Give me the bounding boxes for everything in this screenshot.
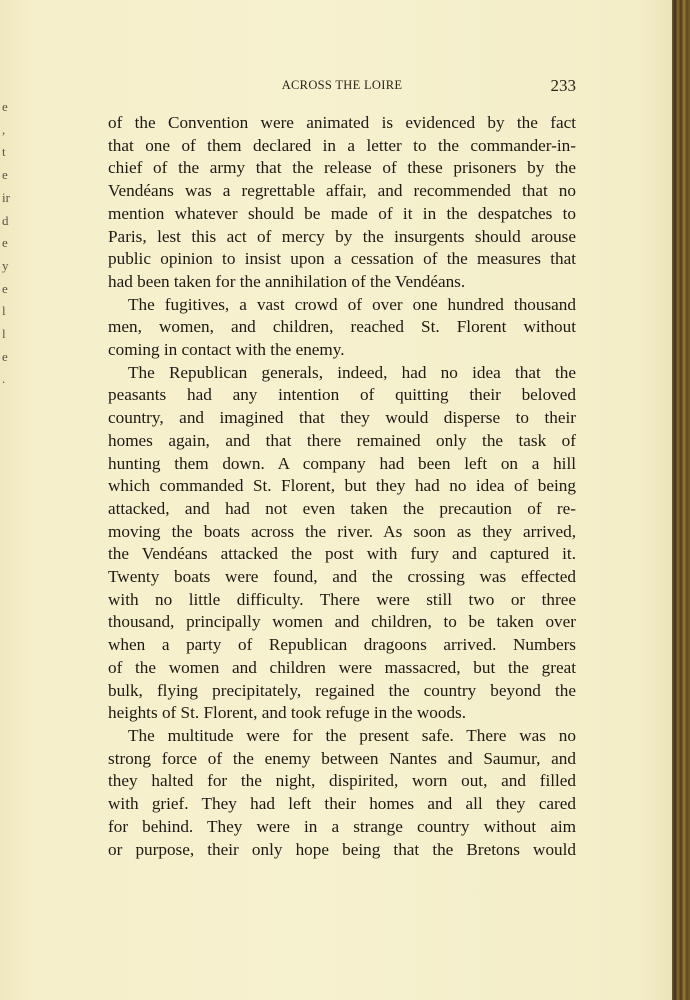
facing-page-margin-text: e,teirdeyelle. [2,96,14,391]
margin-char: e [2,278,14,301]
text-line: homes again, and that there remained onl… [108,430,576,453]
margin-char: l [2,323,14,346]
text-line: country, and imagined that they would di… [108,407,576,430]
running-title: ACROSS THE LOIRE [108,78,576,93]
text-line: peasants had any intention of quitting t… [108,384,576,407]
text-line: they halted for the night, dispirited, w… [108,770,576,793]
text-line: that one of them declared in a letter to… [108,135,576,158]
text-line: The multitude were for the present safe.… [108,725,576,748]
text-line: heights of St. Florent, and took refuge … [108,702,576,725]
page-header: ACROSS THE LOIRE 233 [108,76,576,98]
text-line: the Vendéans attacked the post with fury… [108,543,576,566]
text-line: with no little difficulty. There were st… [108,589,576,612]
book-page: e,teirdeyelle. ACROSS THE LOIRE 233 of t… [0,0,672,1000]
text-line: strong force of the enemy between Nantes… [108,748,576,771]
margin-char: e [2,164,14,187]
margin-char: ir [2,187,14,210]
text-line: had been taken for the annihilation of t… [108,271,576,294]
body-text: of the Convention were animated is evide… [108,112,576,861]
text-line: attacked, and had not even taken the pre… [108,498,576,521]
margin-char: e [2,232,14,255]
text-line: Twenty boats were found, and the crossin… [108,566,576,589]
text-line: for behind. They were in a strange count… [108,816,576,839]
text-line: The fugitives, a vast crowd of over one … [108,294,576,317]
text-line: Vendéans was a regrettable affair, and r… [108,180,576,203]
text-line: or purpose, their only hope being that t… [108,839,576,862]
text-line: of the Convention were animated is evide… [108,112,576,135]
text-line: bulk, flying precipitately, regained the… [108,680,576,703]
margin-char: , [2,119,14,142]
text-line: chief of the army that the release of th… [108,157,576,180]
margin-char: e [2,346,14,369]
text-line: The Republican generals, indeed, had no … [108,362,576,385]
text-line: mention whatever should be made of it in… [108,203,576,226]
text-line: with grief. They had left their homes an… [108,793,576,816]
text-line: men, women, and children, reached St. Fl… [108,316,576,339]
page-number: 233 [551,76,577,96]
text-line: public opinion to insist upon a cessatio… [108,248,576,271]
margin-char: l [2,300,14,323]
margin-char: d [2,210,14,233]
text-line: Paris, lest this act of mercy by the ins… [108,226,576,249]
text-line: of the women and children were massacred… [108,657,576,680]
margin-char: e [2,96,14,119]
text-line: moving the boats across the river. As so… [108,521,576,544]
text-line: hunting them down. A company had been le… [108,453,576,476]
margin-char: y [2,255,14,278]
margin-char: t [2,141,14,164]
text-line: thousand, principally women and children… [108,611,576,634]
text-line: which commanded St. Florent, but they ha… [108,475,576,498]
text-line: coming in contact with the enemy. [108,339,576,362]
text-line: when a party of Republican dragoons arri… [108,634,576,657]
book-spine-edge [672,0,690,1000]
margin-char: . [2,368,14,391]
